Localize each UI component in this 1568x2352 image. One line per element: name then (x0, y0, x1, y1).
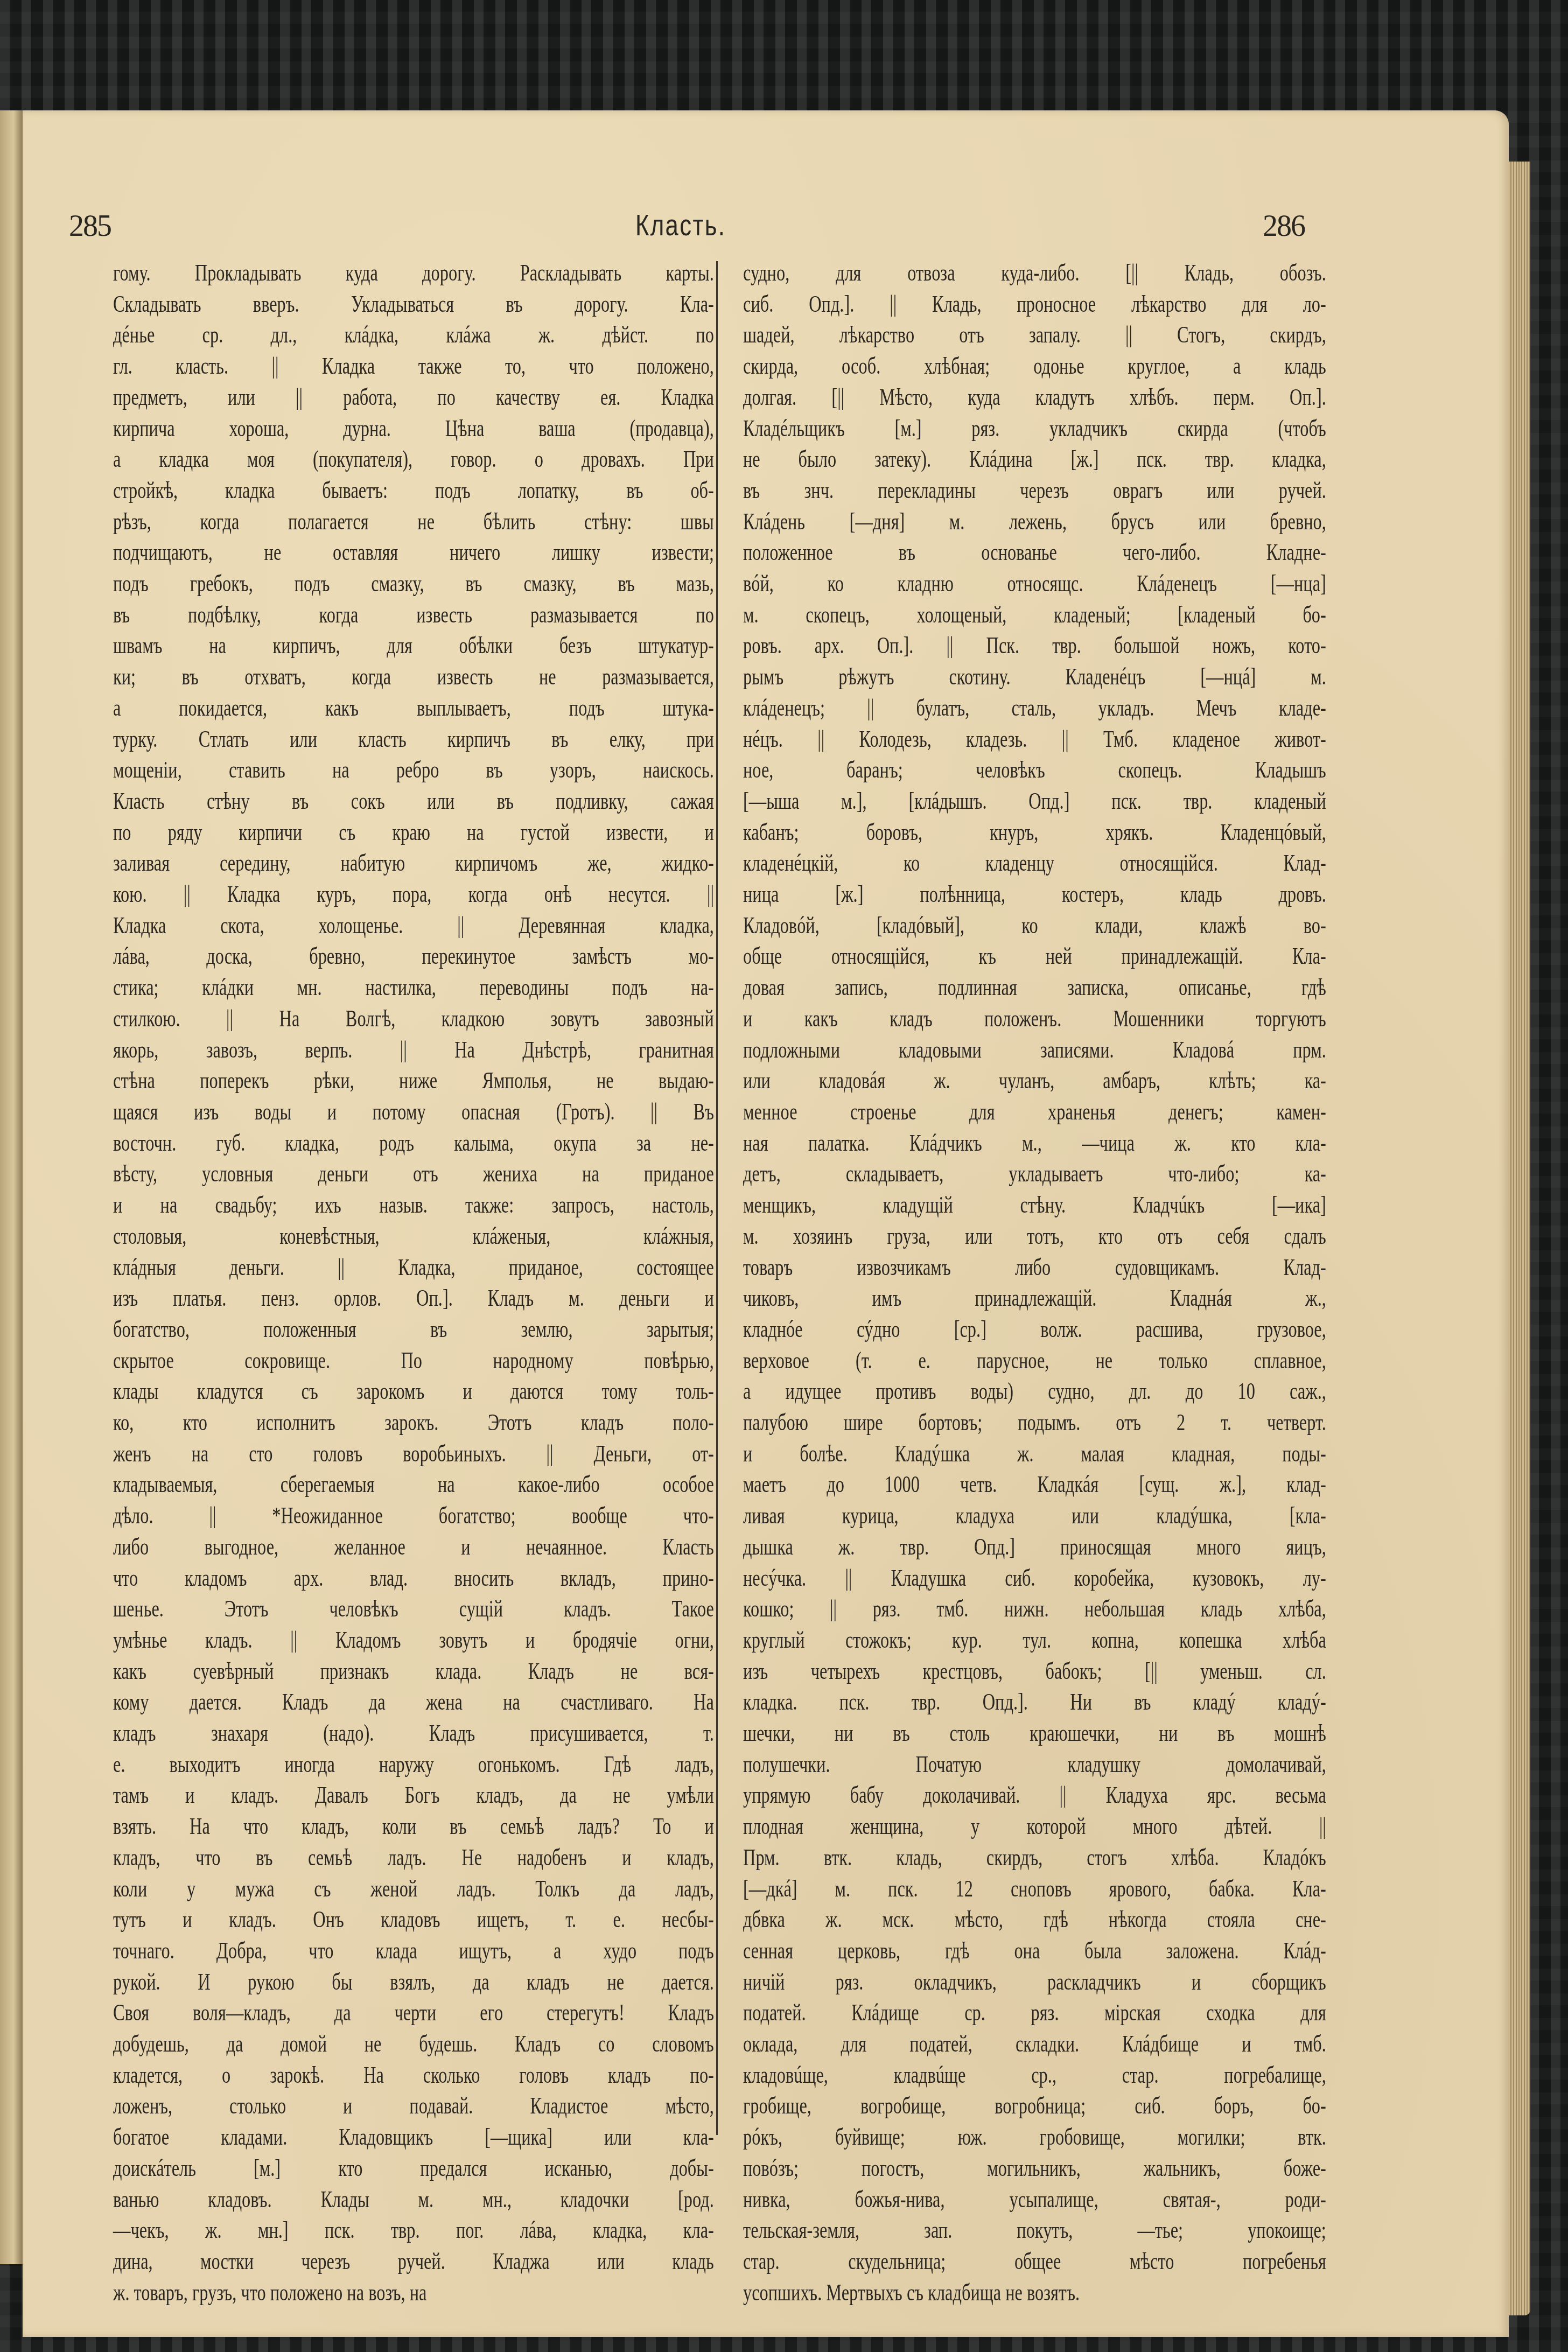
text-line: мощеніи, ставить на ребро въ узоръ, наис… (113, 754, 714, 786)
text-line: рымъ рѣжутъ скотину. Кладенéцъ [—нцá] м. (743, 661, 1326, 692)
text-line: усопшихъ. Мертвыхъ съ кладбища не возятъ… (743, 2277, 1326, 2308)
text-line: упрямую бабу доколачивай. || Кладуха ярс… (743, 1780, 1326, 1811)
text-line: ная палатка. Клáдчикъ м., —чица ж. кто к… (743, 1128, 1326, 1159)
text-line: сенная церковь, гдѣ она была заложена. К… (743, 1935, 1326, 1966)
text-line: ко, кто исполнитъ зарокъ. Этотъ кладъ по… (113, 1407, 714, 1438)
text-line: взять. На что кладъ, коли въ семьѣ ладъ?… (113, 1811, 714, 1842)
text-line: скрытое сокровище. По народному повѣрью, (113, 1345, 714, 1376)
text-line: а покидается, какъ выплываетъ, подъ штук… (113, 692, 714, 724)
text-line: Складывать вверъ. Укладываться въ дорогу… (113, 289, 714, 320)
text-line: рóкъ, буйвище; юж. гробовище, могилки; в… (743, 2122, 1326, 2153)
running-head: Класть. (635, 207, 726, 242)
text-line: полушечки. Початую кладушку домолачивай, (743, 1749, 1326, 1780)
text-line: Кладка скота, холощенье. || Деревянная к… (113, 910, 714, 941)
text-line: ванью кладовъ. Клады м. мн., кладочки [р… (113, 2184, 714, 2215)
text-line: лáва, доска, бревно, перекинутое замѣстъ… (113, 941, 714, 972)
text-line: не было затеку). Клáдина [ж.] пск. твр. … (743, 444, 1326, 475)
text-line: шечки, ни въ столь краюшечки, ни въ мошн… (743, 1718, 1326, 1749)
text-line: ничій ряз. окладчикъ, раскладчикъ и сбор… (743, 1966, 1326, 1998)
page-number-left: 285 (69, 209, 111, 243)
text-line: кошко; || ряз. тмб. нижн. небольшая клад… (743, 1593, 1326, 1625)
text-line: положенное въ основанье чего-либо. Кладн… (743, 537, 1326, 568)
text-line: а идущее противъ воды) судно, дл. до 10 … (743, 1376, 1326, 1407)
text-line: коли у мужа съ женой ладъ. Толкъ да ладъ… (113, 1873, 714, 1905)
text-line: якорь, завозъ, верпъ. || На Днѣстрѣ, гра… (113, 1034, 714, 1066)
text-line: клáдныя деньги. || Кладка, приданое, сос… (113, 1252, 714, 1283)
text-line: кладъ знахаря (надо). Кладъ присушиваетс… (113, 1718, 714, 1749)
text-line: въ подбѣлку, когда известь размазывается… (113, 599, 714, 631)
text-line: Прм. втк. кладь, скирдъ, стогъ хлѣба. Кл… (743, 1842, 1326, 1873)
text-line: вѣсту, условныя деньги отъ жениха на при… (113, 1158, 714, 1189)
text-line: ложенъ, столько и подавай. Кладистое мѣс… (113, 2090, 714, 2122)
text-line: кабанъ; боровъ, кнуръ, хрякъ. Кладенцóвы… (743, 817, 1326, 848)
text-line: кою. || Кладка куръ, пора, когда онѣ нес… (113, 879, 714, 910)
text-line: или кладовáя ж. чуланъ, амбаръ, клѣть; к… (743, 1065, 1326, 1096)
text-line: восточн. губ. кладка, родъ калыма, окупа… (113, 1128, 714, 1159)
text-line: дѣло. || *Неожиданное богатство; вообще … (113, 1500, 714, 1531)
text-line: тамъ и кладъ. Давалъ Богъ кладъ, да не у… (113, 1780, 714, 1811)
text-line: Своя воля—кладъ, да черти его стерегутъ!… (113, 1997, 714, 2028)
text-line: сиб. Опд.]. || Кладь, проносное лѣкарств… (743, 289, 1326, 320)
text-line: либо выгодное, желанное и нечаянное. Кла… (113, 1531, 714, 1563)
text-line: [—дкá] м. пск. 12 сноповъ ярового, бабка… (743, 1873, 1326, 1905)
text-line: обще относящійся, къ ней принадлежащій. … (743, 941, 1326, 972)
text-line: ровъ. арх. Оп.]. || Пск. твр. большой но… (743, 630, 1326, 661)
column-divider (716, 261, 718, 2135)
text-line: податей. Клáдище ср. ряз. мірская сходка… (743, 1997, 1326, 2028)
text-line: м. скопецъ, холощеный, кладеный; [кладен… (743, 599, 1326, 631)
text-line: чиковъ, имъ принадлежащій. Кладнáя ж., (743, 1283, 1326, 1314)
text-line: детъ, складываетъ, укладываетъ что-либо;… (743, 1158, 1326, 1189)
text-line: дбвка ж. мск. мѣсто, гдѣ нѣкогда стояла … (743, 1904, 1326, 1935)
text-line: нéцъ. || Колодезь, кладезь. || Тмб. клад… (743, 724, 1326, 755)
text-line: ное, баранъ; человѣкъ скопецъ. Кладышъ (743, 754, 1326, 786)
text-line: менщикъ, кладущій стѣну. Кладчúкъ [—ика] (743, 1189, 1326, 1221)
text-line: гробище, вогробище, вогробница; сиб. бор… (743, 2090, 1326, 2122)
text-line: довая запись, подлинная записка, описань… (743, 972, 1326, 1003)
text-line: Кладовóй, [кладóвый], ко клади, клажѣ во… (743, 910, 1326, 941)
text-line: несýчка. || Кладушка сиб. коробейка, куз… (743, 1563, 1326, 1594)
text-line: женъ на сто головъ воробьиныхъ. || Деньг… (113, 1438, 714, 1469)
text-line: шенье. Этотъ человѣкъ сущій кладъ. Такое (113, 1593, 714, 1625)
text-line: вóй, ко кладню относящс. Клáденецъ [—нца… (743, 568, 1326, 599)
text-line: гому. Прокладывать куда дорогу. Расклады… (113, 257, 714, 289)
text-line: въ знч. перекладины черезъ оврагъ или ру… (743, 475, 1326, 506)
text-line: и болѣе. Кладýшка ж. малая кладная, поды… (743, 1438, 1326, 1469)
text-line: ки; въ отхватъ, когда известь не размазы… (113, 661, 714, 692)
text-line: оклада, для податей, складки. Клáдбище и… (743, 2028, 1326, 2060)
text-line: подчищаютъ, не оставляя ничего лишку изв… (113, 537, 714, 568)
text-line: изъ платья. пенз. орлов. Оп.]. Кладъ м. … (113, 1283, 714, 1314)
text-line: какъ суевѣрный признакъ клада. Кладъ не … (113, 1656, 714, 1687)
text-line: кладываемыя, сберегаемыя на какое-либо о… (113, 1469, 714, 1500)
text-line: нивка, божья-нива, усыпалище, святая-, р… (743, 2184, 1326, 2215)
text-line: что кладомъ арх. влад. вносить вкладъ, п… (113, 1563, 714, 1594)
text-line: точнаго. Добра, что клада ищутъ, а худо … (113, 1935, 714, 1966)
text-line: палубою шире бортовъ; подымъ. отъ 2 т. ч… (743, 1407, 1326, 1438)
text-line: ница [ж.] полѣнница, костеръ, кладь дров… (743, 879, 1326, 910)
text-line: кирпича хороша, дурна. Цѣна ваша (продав… (113, 413, 714, 444)
text-line: столовыя, коневѣстныя, клáженыя, клáжныя… (113, 1221, 714, 1252)
text-line: умѣнье кладъ. || Кладомъ зовутъ и бродяч… (113, 1625, 714, 1656)
text-line: а кладка моя (покупателя), говор. о дров… (113, 444, 714, 475)
text-line: е. выходитъ иногда наружу огонькомъ. Гдѣ… (113, 1749, 714, 1780)
text-line: подъ гребокъ, подъ смазку, въ смазку, въ… (113, 568, 714, 599)
text-line: богатство, положенныя въ землю, зарытыя; (113, 1314, 714, 1345)
text-line: кладнóе сýдно [ср.] волж. расшива, грузо… (743, 1314, 1326, 1345)
text-line: доискáтель [м.] кто предался исканью, до… (113, 2153, 714, 2184)
page-number-right: 286 (1263, 209, 1305, 243)
text-line: гл. класть. || Кладка также то, что поло… (113, 351, 714, 382)
text-line: м. хозяинъ груза, или тотъ, кто отъ себя… (743, 1221, 1326, 1252)
text-line: богатое кладами. Кладовщикъ [—щика] или … (113, 2122, 714, 2153)
text-line: кладется, о зарокѣ. На сколько головъ кл… (113, 2060, 714, 2091)
text-line: по ряду кирпичи съ краю на густой извест… (113, 817, 714, 848)
text-line: стика; клáдки мн. настилка, переводины п… (113, 972, 714, 1003)
text-line: дышка ж. твр. Опд.] приносящая много яиц… (743, 1531, 1326, 1563)
text-line: стѣна поперекъ рѣки, ниже Ямполья, не вы… (113, 1065, 714, 1096)
text-line: тельская-земля, зап. покутъ, —тье; упоко… (743, 2215, 1326, 2246)
text-line: круглый стожокъ; кур. тул. копна, копешк… (743, 1625, 1326, 1656)
column-right: судно, для отвоза куда-либо. [|| Кладь, … (743, 257, 1326, 2308)
text-line: подложными кладовыми записями. Кладовá п… (743, 1034, 1326, 1066)
text-line: верховое (т. е. парусное, не только спла… (743, 1345, 1326, 1376)
text-line: стар. скудельница; общее мѣсто погребень… (743, 2246, 1326, 2277)
text-line: щаяся изъ воды и потому опасная (Гротъ).… (113, 1096, 714, 1128)
text-line: ж. товаръ, грузъ, что положено на возъ, … (113, 2277, 714, 2308)
text-line: предметъ, или || работа, по качеству ея.… (113, 382, 714, 413)
text-line: —чекъ, ж. мн.] пск. твр. пог. лáва, клад… (113, 2215, 714, 2246)
text-line: и какъ кладъ положенъ. Мошенники торгуют… (743, 1003, 1326, 1034)
text-line: судно, для отвоза куда-либо. [|| Кладь, … (743, 257, 1326, 289)
text-line: [—ыша м.], [клáдышъ. Опд.] пск. твр. кла… (743, 786, 1326, 817)
text-line: и на свадьбу; ихъ назыв. также: запросъ,… (113, 1189, 714, 1221)
text-line: маетъ до 1000 четв. Кладкáя [сущ. ж.], к… (743, 1469, 1326, 1500)
text-line: рѣзъ, когда полагается не бѣлить стѣну: … (113, 506, 714, 537)
text-line: Кладéльщикъ [м.] ряз. укладчикъ скирда (… (743, 413, 1326, 444)
text-line: дина, мостки черезъ ручей. Кладжа или кл… (113, 2246, 714, 2277)
text-line: товаръ извозчикамъ либо судовщикамъ. Кла… (743, 1252, 1326, 1283)
text-line: ливая курица, кладуха или кладýшка, [кла… (743, 1500, 1326, 1531)
text-line: кладка. пск. твр. Опд.]. Ни въ кладý кла… (743, 1686, 1326, 1718)
text-line: повóзъ; погостъ, могильникъ, жальникъ, б… (743, 2153, 1326, 2184)
text-line: кладенéцкій, ко кладенцу относящійся. Кл… (743, 848, 1326, 879)
text-line: скирда, особ. хлѣбная; одонье круглое, а… (743, 351, 1326, 382)
text-line: Класть стѣну въ сокъ или въ подливку, са… (113, 786, 714, 817)
text-line: кому дается. Кладъ да жена на счастливаг… (113, 1686, 714, 1718)
book-page-stack (1509, 162, 1530, 2315)
text-line: клáденецъ; || булатъ, сталь, укладъ. Меч… (743, 692, 1326, 724)
text-line: добудешь, да домой не будешь. Кладъ со с… (113, 2028, 714, 2060)
text-line: долгая. [|| Мѣсто, куда кладутъ хлѣбъ. п… (743, 382, 1326, 413)
text-line: заливая середину, набитую кирпичомъ же, … (113, 848, 714, 879)
text-line: плодная женщина, у которой много дѣтей. … (743, 1811, 1326, 1842)
text-line: рукой. И рукою бы взялъ, да кладъ не дае… (113, 1966, 714, 1998)
book-left-edge (0, 110, 23, 2264)
text-line: тутъ и кладъ. Онъ кладовъ ищетъ, т. е. н… (113, 1904, 714, 1935)
text-line: турку. Стлать или класть кирпичъ въ елку… (113, 724, 714, 755)
text-line: кладовúще, кладвúще ср., стар. погребали… (743, 2060, 1326, 2091)
text-line: Клáдень [—дня] м. лежень, брусъ или брев… (743, 506, 1326, 537)
text-line: кладъ, что въ семьѣ ладъ. Не надобенъ и … (113, 1842, 714, 1873)
column-left: гому. Прокладывать куда дорогу. Расклады… (113, 257, 713, 2308)
text-line: стилкою. || На Волгѣ, кладкою зовутъ зав… (113, 1003, 714, 1034)
text-line: менное строенье для храненья денегъ; кам… (743, 1096, 1326, 1128)
text-line: дéнье ср. дл., клáдка, клáжа ж. дѣйст. п… (113, 319, 714, 351)
text-line: стройкѣ, кладка бываетъ: подъ лопатку, в… (113, 475, 714, 506)
text-line: клады кладутся съ зарокомъ и даются тому… (113, 1376, 714, 1407)
text-line: изъ четырехъ крестцовъ, бабокъ; [|| умен… (743, 1656, 1326, 1687)
text-line: шадей, лѣкарство отъ запалу. || Стогъ, с… (743, 319, 1326, 351)
text-line: швамъ на кирпичъ, для обѣлки безъ штукат… (113, 630, 714, 661)
